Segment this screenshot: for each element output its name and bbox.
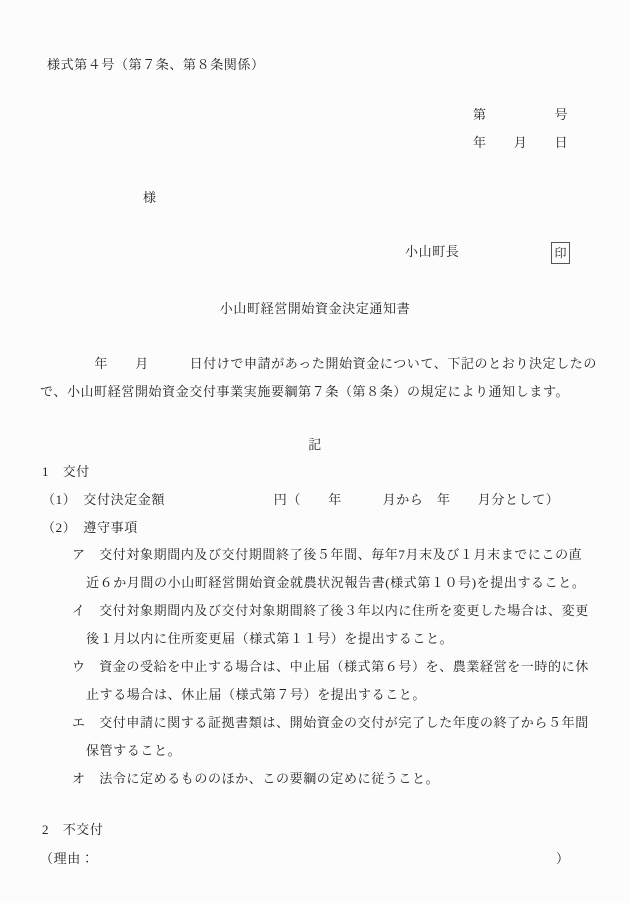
grant-amount-line: （1） 交付決定金額 円（ 年 月から 年 月分として） [42, 492, 559, 508]
sender-title: 小山町長 [405, 244, 459, 260]
form-number-label: 様式第４号（第７条、第８条関係） [47, 57, 265, 73]
rule-u-line-2: 止する場合は、休止届（様式第７号）を提出すること。 [86, 687, 426, 703]
document-page: 様式第４号（第７条、第８条関係） 第 号 年 月 日 様 小山町長 印 小山町経… [0, 0, 630, 903]
rule-a-line-1: ア 交付対象期間内及び交付期間終了後５年間、毎年7月末及び１月末までにこの直 [72, 547, 582, 563]
document-title: 小山町経営開始資金決定通知書 [0, 301, 630, 317]
addressee-honorific: 様 [143, 190, 157, 206]
rule-i-line-2: 後１月以内に住所変更届（様式第１１号）を提出すること。 [86, 631, 453, 647]
rule-o-line: オ 法令に定めるもののほか、この要綱の定めに従うこと。 [72, 771, 439, 787]
record-marker: 記 [0, 437, 630, 453]
rule-i-line-1: イ 交付対象期間内及び交付対象期間終了後３年以内に住所を変更した場合は、変更 [72, 603, 589, 619]
rule-u-line-1: ウ 資金の受給を中止する場合は、中止届（様式第６号）を、農業経営を一時的に休 [72, 659, 589, 675]
seal-mark: 印 [554, 247, 566, 259]
body-paragraph-line-1: 年 月 日付けで申請があった開始資金について、下記のとおり決定したの [40, 356, 597, 372]
seal-stamp-box: 印 [551, 242, 570, 264]
section-no-grant-heading: 2 不交付 [42, 822, 104, 838]
rule-e-line-1: エ 交付申請に関する証拠書類は、開始資金の交付が完了した年度の終了から５年間 [72, 715, 589, 731]
body-paragraph-line-2: で、小山町経営開始資金交付事業実施要綱第７条（第８条）の規定により通知します。 [40, 384, 569, 400]
date-line: 年 月 日 [473, 135, 568, 151]
rule-e-line-2: 保管すること。 [86, 743, 181, 759]
section-grant-heading: 1 交付 [42, 464, 90, 480]
no-grant-reason-open: （理由： [40, 851, 94, 867]
document-number-line: 第 号 [473, 107, 568, 123]
grant-rules-heading: （2） 遵守事項 [42, 520, 138, 536]
no-grant-reason-close: ） [556, 851, 570, 867]
rule-a-line-2: 近６か月間の小山町経営開始資金就農状況報告書(様式第１０号)を提出すること。 [86, 575, 585, 591]
